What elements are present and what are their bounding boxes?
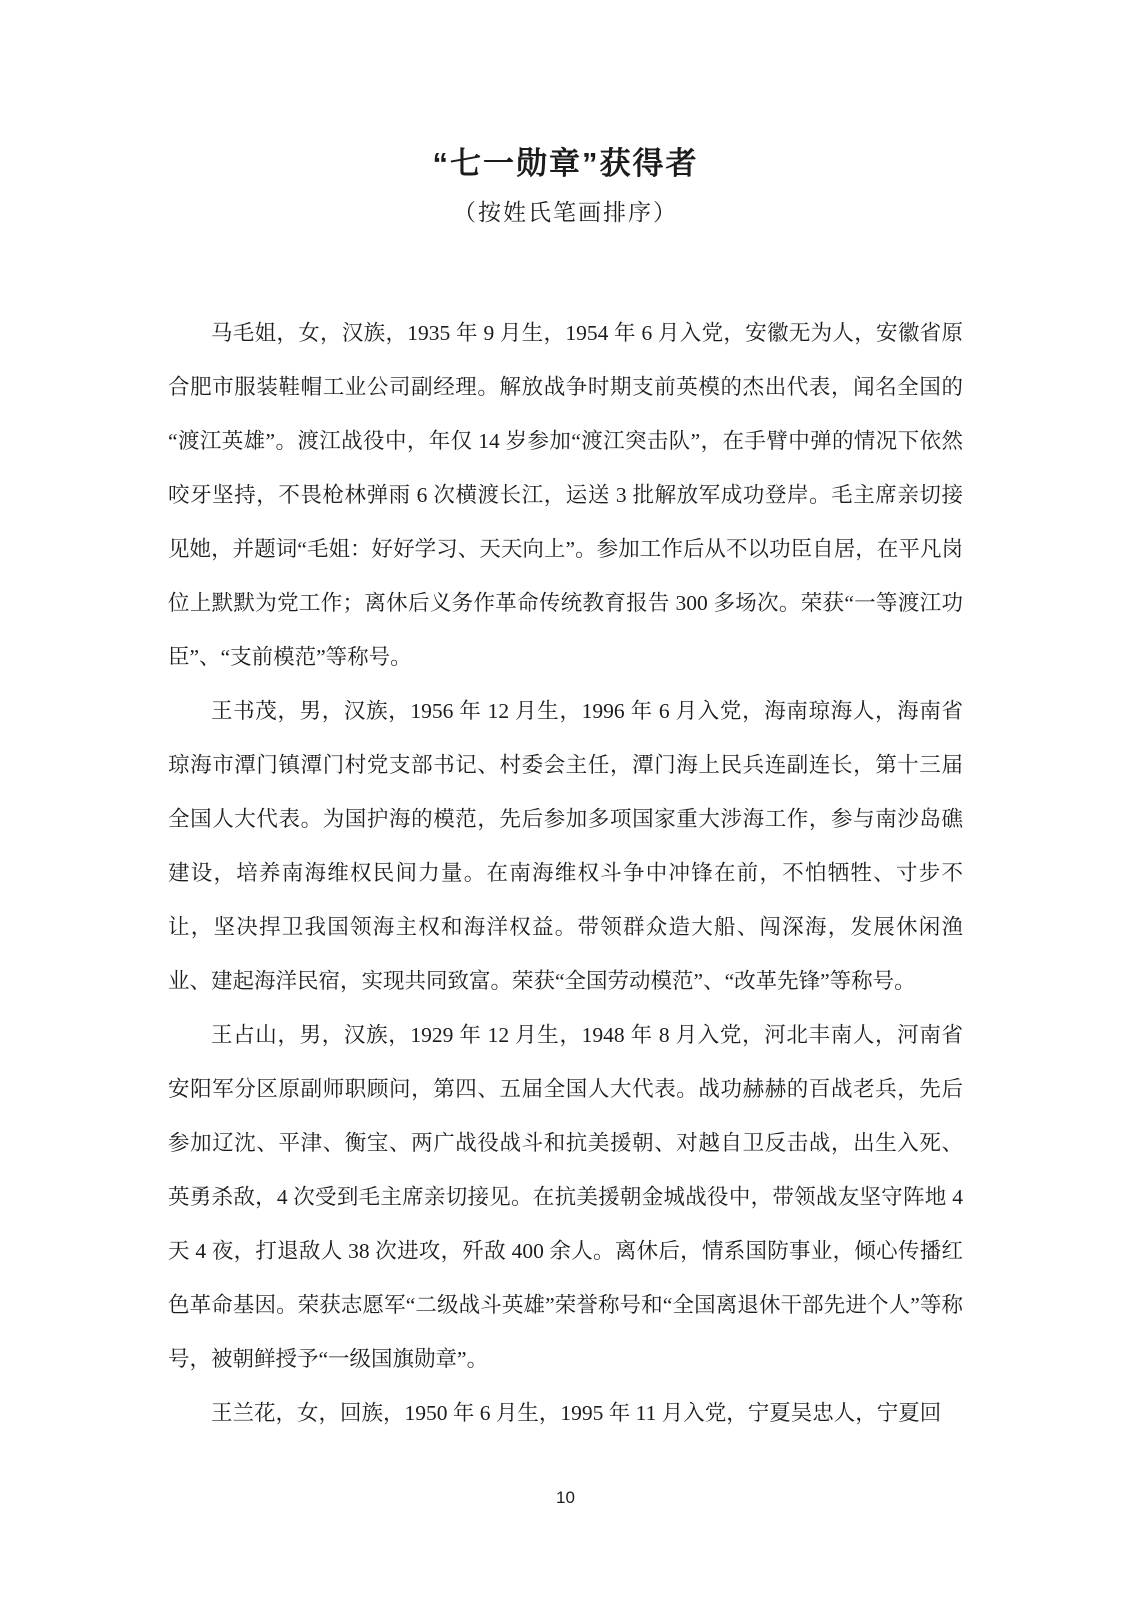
paragraph-wang-lanhua: 王兰花，女，回族，1950 年 6 月生，1995 年 11 月入党，宁夏吴忠人… xyxy=(168,1386,963,1440)
page-footer: 10 xyxy=(0,1488,1131,1508)
document-title: “七一勋章”获得者 xyxy=(168,0,963,186)
paragraph-wang-shumao: 王书茂，男，汉族，1956 年 12 月生，1996 年 6 月入党，海南琼海人… xyxy=(168,684,963,1008)
page-number: 10 xyxy=(556,1488,575,1507)
paragraph-wang-zhanshan: 王占山，男，汉族，1929 年 12 月生，1948 年 8 月入党，河北丰南人… xyxy=(168,1008,963,1386)
document-subtitle: （按姓氏笔画排序） xyxy=(168,197,963,229)
document-header: “七一勋章”获得者 （按姓氏笔画排序） xyxy=(168,0,963,229)
document-page: “七一勋章”获得者 （按姓氏笔画排序） 马毛姐，女，汉族，1935 年 9 月生… xyxy=(0,0,1131,1600)
paragraph-ma-maojie: 马毛姐，女，汉族，1935 年 9 月生，1954 年 6 月入党，安徽无为人，… xyxy=(168,306,963,684)
document-body: 马毛姐，女，汉族，1935 年 9 月生，1954 年 6 月入党，安徽无为人，… xyxy=(168,229,963,1440)
